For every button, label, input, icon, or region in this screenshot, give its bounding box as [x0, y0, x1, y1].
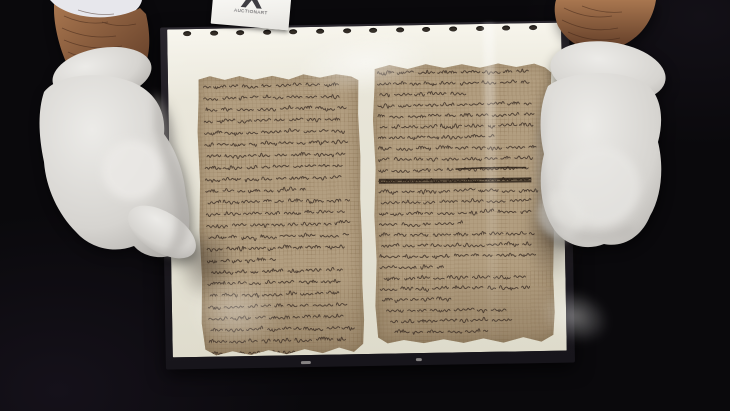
handwriting-line — [380, 231, 535, 238]
strikethrough-mark — [379, 181, 531, 184]
handwriting-line — [384, 274, 525, 281]
handwriting-line — [391, 317, 512, 324]
handwriting-line — [380, 123, 533, 130]
handwriting-line — [381, 198, 531, 205]
handwriting-line — [380, 91, 466, 97]
handwriting-line — [379, 156, 533, 162]
handwriting-line — [378, 134, 494, 140]
handwriting-line — [380, 264, 443, 269]
punch-hole — [343, 28, 351, 33]
tag-caption: AUCTIONART — [212, 6, 290, 18]
punch-hole — [369, 28, 377, 33]
photograph-scene: AUCTIONART — [0, 0, 730, 411]
handwriting-line — [378, 80, 530, 87]
right-hand — [512, 0, 730, 310]
handwriting-line — [377, 69, 528, 76]
punch-hole — [502, 25, 510, 30]
handwriting-line — [387, 308, 507, 314]
glove-pad-highlight — [102, 140, 162, 200]
frame-scuff — [416, 358, 422, 361]
punch-hole — [316, 29, 324, 34]
punch-hole — [449, 26, 457, 31]
handwriting-line — [379, 208, 531, 216]
handwriting-line — [378, 101, 531, 108]
handwriting-line — [379, 221, 462, 227]
left-hand — [14, 0, 284, 340]
punch-hole — [289, 29, 297, 34]
handwriting-line — [382, 242, 531, 249]
punch-hole — [476, 26, 484, 31]
handwriting-line — [380, 285, 529, 292]
frame-scuff — [301, 361, 311, 364]
punch-hole — [422, 27, 430, 32]
punch-hole — [396, 27, 404, 32]
handwriting-line — [382, 297, 451, 303]
handwriting-line — [209, 350, 297, 356]
handwriting-line — [395, 329, 488, 335]
handwriting-line — [378, 112, 534, 118]
